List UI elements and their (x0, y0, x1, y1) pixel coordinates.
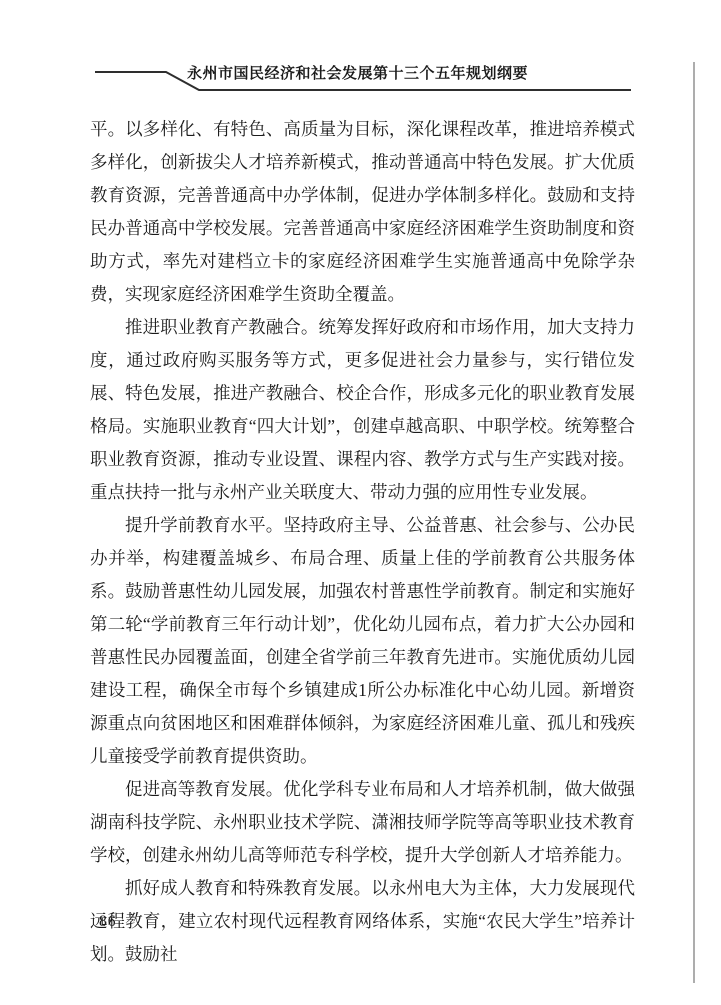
paragraph-vocational-education: 推进职业教育产教融合。统筹发挥好政府和市场作用，加大支持力度，通过政府购买服务等… (90, 311, 635, 509)
document-page: 永州市国民经济和社会发展第十三个五年规划纲要 平。以多样化、有特色、高质量为目标… (0, 0, 721, 1005)
running-head-title: 永州市国民经济和社会发展第十三个五年规划纲要 (185, 62, 530, 83)
paragraph-adult-special-education: 抓好成人教育和特殊教育发展。以永州电大为主体，大力发展现代远程教育，建立农村现代… (90, 872, 635, 971)
paragraph-preschool-education: 提升学前教育水平。坚持政府主导、公益普惠、社会参与、公办民办并举，构建覆盖城乡、… (90, 509, 635, 773)
page-number: 86 (99, 913, 117, 931)
header-rule-line (0, 0, 721, 110)
body-text-block: 平。以多样化、有特色、高质量为目标，深化课程改革，推进培养模式多样化，创新拔尖人… (90, 113, 635, 971)
paragraph-continuation: 平。以多样化、有特色、高质量为目标，深化课程改革，推进培养模式多样化，创新拔尖人… (90, 113, 635, 311)
paragraph-higher-education: 促进高等教育发展。优化学科专业布局和人才培养机制，做大做强湖南科技学院、永州职业… (90, 773, 635, 872)
scan-page-edge (693, 62, 695, 983)
